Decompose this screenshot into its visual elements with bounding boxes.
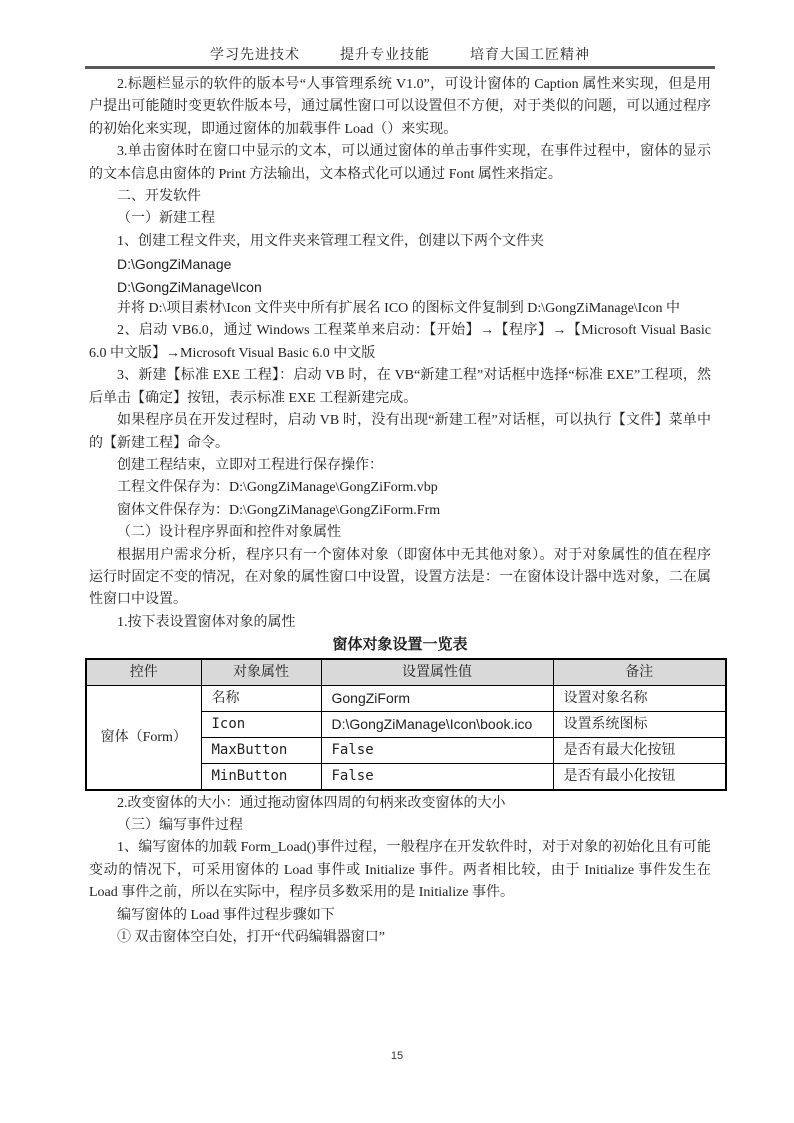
paragraph: 3、新建【标准 EXE 工程】：启动 VB 时，在 VB“新建工程”对话框中选择… [89, 365, 711, 410]
paragraph: 2.改变窗体的大小：通过拖动窗体四周的句柄来改变窗体的大小 [89, 793, 711, 815]
paragraph: 1.按下表设置窗体对象的属性 [89, 612, 711, 634]
cell-property: MinButton [201, 763, 321, 790]
header-slogan-part: 学习先进技术 [210, 44, 300, 64]
table-row: 窗体（Form） 名称 GongZiForm 设置对象名称 [86, 685, 726, 711]
paragraph: 创建工程结束，立即对工程进行保存操作： [89, 455, 711, 477]
document-body: 2.标题栏显示的软件的版本号“人事管理系统 V1.0”，可设计窗体的 Capti… [89, 74, 711, 949]
cell-remark: 设置对象名称 [553, 685, 726, 711]
column-header-property: 对象属性 [201, 659, 321, 686]
cell-property: Icon [201, 711, 321, 737]
file-path: D:\GongZiManage\Icon [89, 276, 711, 298]
paragraph: 编写窗体的 Load 事件过程步骤如下 [89, 905, 711, 927]
subsection-heading: （三）编写事件过程 [89, 815, 711, 837]
paragraph: 1、编写窗体的加载 Form_Load()事件过程，一般程序在开发软件时，对于对… [89, 837, 711, 904]
paragraph: 窗体文件保存为：D:\GongZiManage\GongZiForm.Frm [89, 500, 711, 522]
file-path: D:\GongZiManage [89, 253, 711, 275]
column-header-remark: 备注 [553, 659, 726, 686]
paragraph: 2、启动 VB6.0，通过 Windows 工程菜单来启动：【开始】→【程序】→… [89, 320, 711, 365]
subsection-heading: （一）新建工程 [89, 208, 711, 230]
settings-table: 控件 对象属性 设置属性值 备注 窗体（Form） 名称 GongZiForm … [85, 658, 727, 791]
cell-value: D:\GongZiManage\Icon\book.ico [321, 711, 553, 737]
cell-property: MaxButton [201, 737, 321, 763]
paragraph: 如果程序员在开发过程时，启动 VB 时，没有出现“新建工程”对话框，可以执行【文… [89, 410, 711, 455]
header-slogan-part: 提升专业技能 [340, 44, 430, 64]
page-number: 15 [0, 1050, 794, 1062]
paragraph: 并将 D:\项目素材\Icon 文件夹中所有扩展名 ICO 的图标文件复制到 D… [89, 298, 711, 320]
column-header-control: 控件 [86, 659, 201, 686]
list-item-step-1: ① 双击窗体空白处，打开“代码编辑器窗口” [89, 927, 711, 949]
subsection-heading: （二）设计程序界面和控件对象属性 [89, 522, 711, 544]
cell-value: False [321, 737, 553, 763]
paragraph: 2.标题栏显示的软件的版本号“人事管理系统 V1.0”，可设计窗体的 Capti… [89, 74, 711, 141]
column-header-value: 设置属性值 [321, 659, 553, 686]
paragraph: 1、创建工程文件夹，用文件夹来管理工程文件，创建以下两个文件夹 [89, 231, 711, 253]
paragraph: 根据用户需求分析，程序只有一个窗体对象（即窗体中无其他对象）。对于对象属性的值在… [89, 545, 711, 612]
cell-value: False [321, 763, 553, 790]
paragraph: 3.单击窗体时在窗口中显示的文本，可以通过窗体的单击事件实现，在事件过程中，窗体… [89, 141, 711, 186]
cell-property: 名称 [201, 685, 321, 711]
paragraph: 工程文件保存为：D:\GongZiManage\GongZiForm.vbp [89, 477, 711, 499]
header-slogan: 学习先进技术 提升专业技能 培育大国工匠精神 [85, 44, 715, 64]
cell-remark: 设置系统图标 [553, 711, 726, 737]
section-heading: 二、开发软件 [89, 186, 711, 208]
header-rule [85, 66, 715, 69]
cell-remark: 是否有最大化按钮 [553, 737, 726, 763]
table-title: 窗体对象设置一览表 [89, 634, 711, 656]
cell-value: GongZiForm [321, 685, 553, 711]
table-header-row: 控件 对象属性 设置属性值 备注 [86, 659, 726, 686]
cell-remark: 是否有最小化按钮 [553, 763, 726, 790]
cell-control-group: 窗体（Form） [86, 685, 201, 790]
header-slogan-part: 培育大国工匠精神 [470, 44, 590, 64]
